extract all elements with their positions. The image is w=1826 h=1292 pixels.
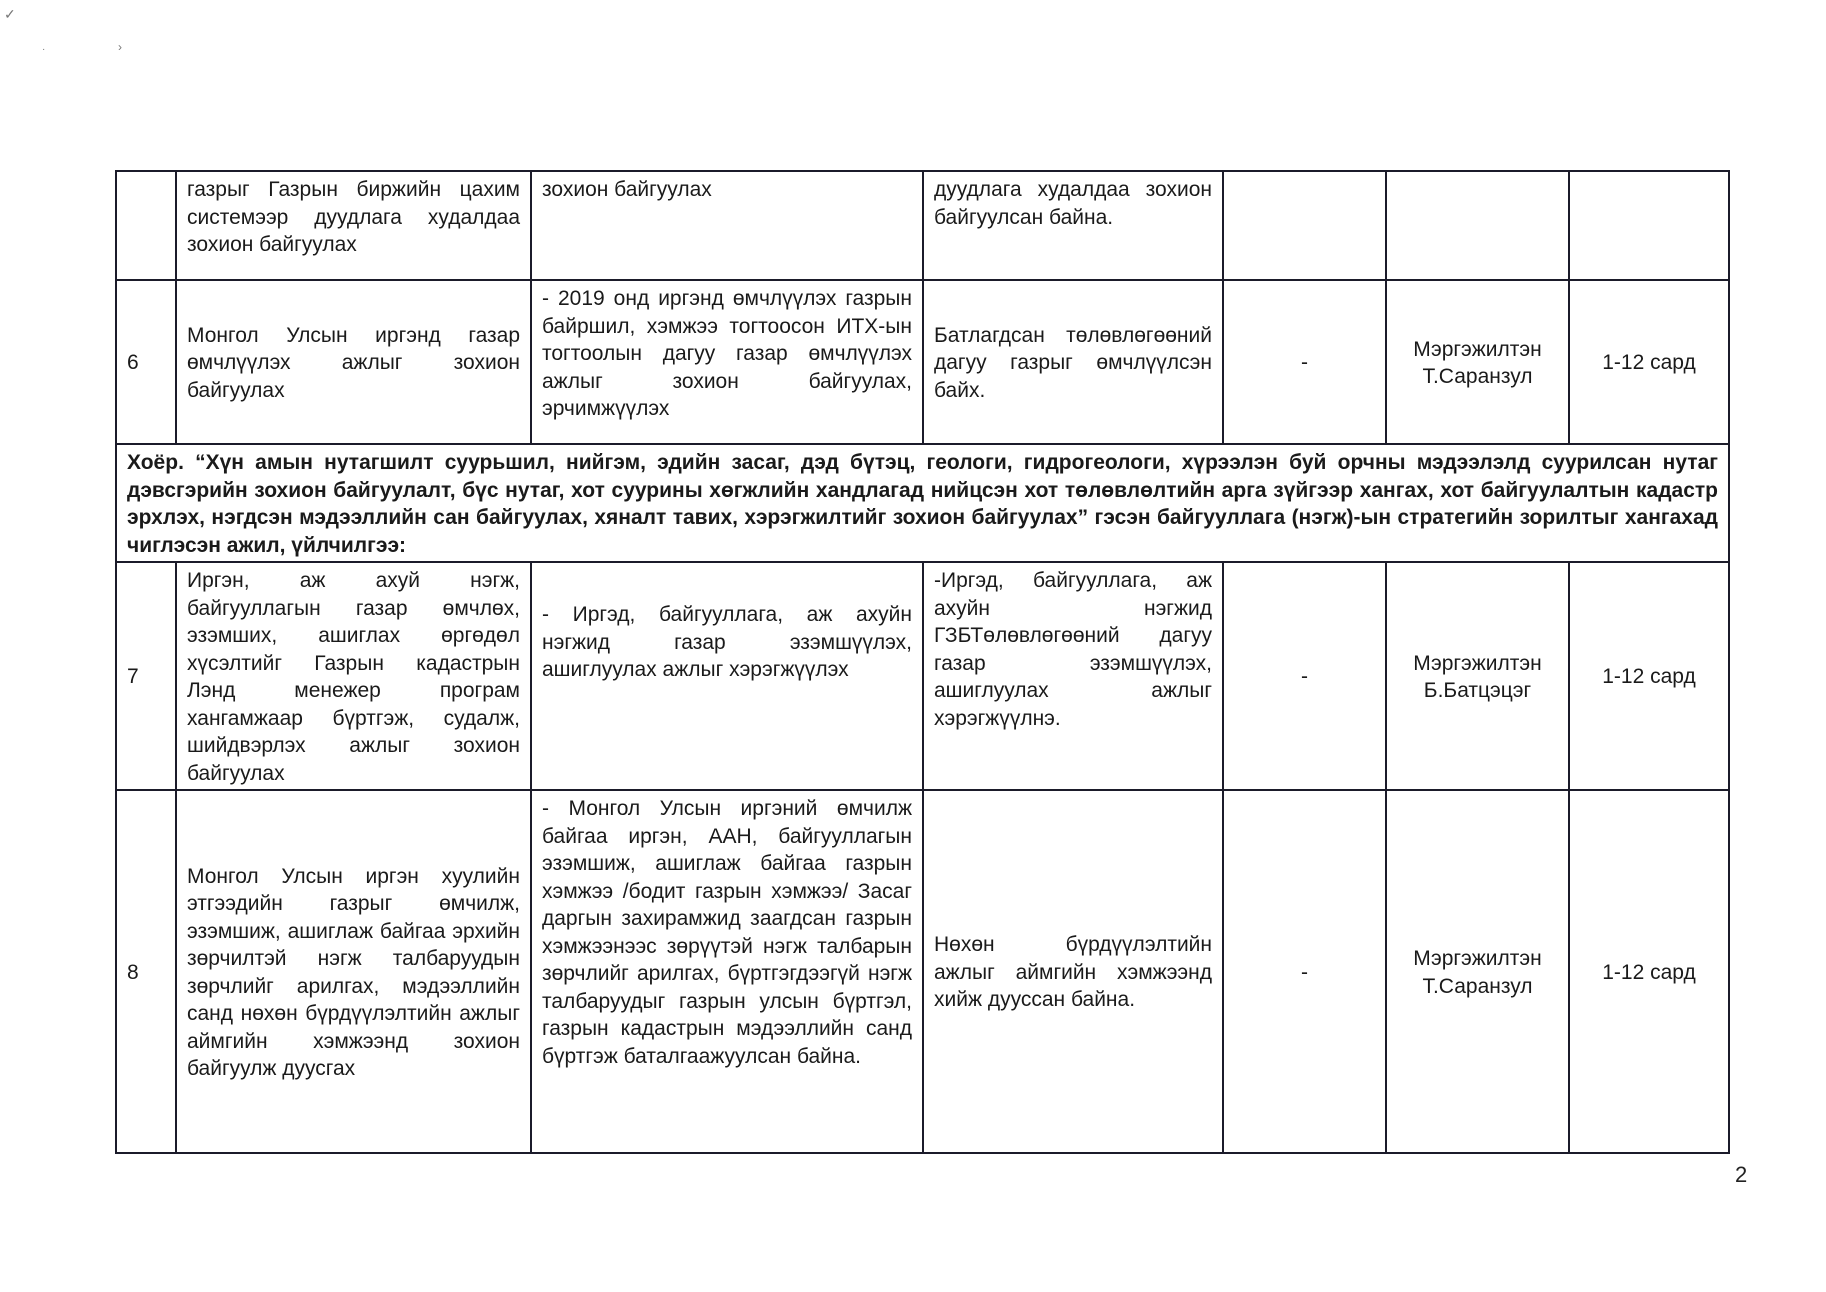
table-row: 8 Монгол Улсын иргэн хуулийн этгээдийн г…: [116, 790, 1729, 1153]
section-heading: Хоёр. “Хүн амын нутагшилт суурьшил, нийг…: [116, 444, 1729, 562]
section-header-row: Хоёр. “Хүн амын нутагшилт суурьшил, нийг…: [116, 444, 1729, 562]
responsible-cell: Мэргэжилтэн Т.Саранзул: [1386, 280, 1569, 444]
task-cell: газрыг Газрын биржийн цахим системээр ду…: [176, 171, 531, 280]
result-cell: Нөхөн бүрдүүлэлтийн ажлыг аймгийн хэмжээ…: [923, 790, 1223, 1153]
activity-cell: зохион байгуулах: [531, 171, 923, 280]
activity-cell: - Иргэд, байгууллага, аж ахуйн нэгжид га…: [531, 562, 923, 790]
table-row: газрыг Газрын биржийн цахим системээр ду…: [116, 171, 1729, 280]
table-row: 6 Монгол Улсын иргэнд газар өмчлүүлэх аж…: [116, 280, 1729, 444]
row-number: [116, 171, 176, 280]
cost-cell: [1223, 171, 1386, 280]
row-number: 6: [116, 280, 176, 444]
cost-cell: -: [1223, 280, 1386, 444]
timeframe-cell: 1-12 сард: [1569, 280, 1729, 444]
result-cell: дуудлага худалдаа зохион байгуулсан байн…: [923, 171, 1223, 280]
responsible-cell: Мэргэжилтэн Б.Батцэцэг: [1386, 562, 1569, 790]
task-cell: Иргэн, аж ахуй нэгж, байгууллагын газар …: [176, 562, 531, 790]
cost-cell: -: [1223, 562, 1386, 790]
page-number: 2: [1735, 1162, 1747, 1188]
result-cell: Батлагдсан төлөвлөгөөний дагуу газрыг өм…: [923, 280, 1223, 444]
table-row: 7 Иргэн, аж ахуй нэгж, байгууллагын газа…: [116, 562, 1729, 790]
scan-mark: ✓: [4, 6, 16, 23]
action-plan-table: газрыг Газрын биржийн цахим системээр ду…: [115, 170, 1730, 1154]
cost-cell: -: [1223, 790, 1386, 1153]
row-number: 8: [116, 790, 176, 1153]
activity-cell: - 2019 онд иргэнд өмчлүүлэх газрын байрш…: [531, 280, 923, 444]
timeframe-cell: 1-12 сард: [1569, 790, 1729, 1153]
scan-mark: ·: [42, 44, 45, 55]
result-cell: -Иргэд, байгууллага, аж ахуйн нэгжид ГЗБ…: [923, 562, 1223, 790]
responsible-cell: Мэргэжилтэн Т.Саранзул: [1386, 790, 1569, 1153]
responsible-cell: [1386, 171, 1569, 280]
row-number: 7: [116, 562, 176, 790]
scan-mark: ›: [118, 40, 122, 54]
timeframe-cell: 1-12 сард: [1569, 562, 1729, 790]
task-cell: Монгол Улсын иргэнд газар өмчлүүлэх ажлы…: [176, 280, 531, 444]
timeframe-cell: [1569, 171, 1729, 280]
activity-cell: - Монгол Улсын иргэний өмчилж байгаа ирг…: [531, 790, 923, 1153]
task-cell: Монгол Улсын иргэн хуулийн этгээдийн газ…: [176, 790, 531, 1153]
